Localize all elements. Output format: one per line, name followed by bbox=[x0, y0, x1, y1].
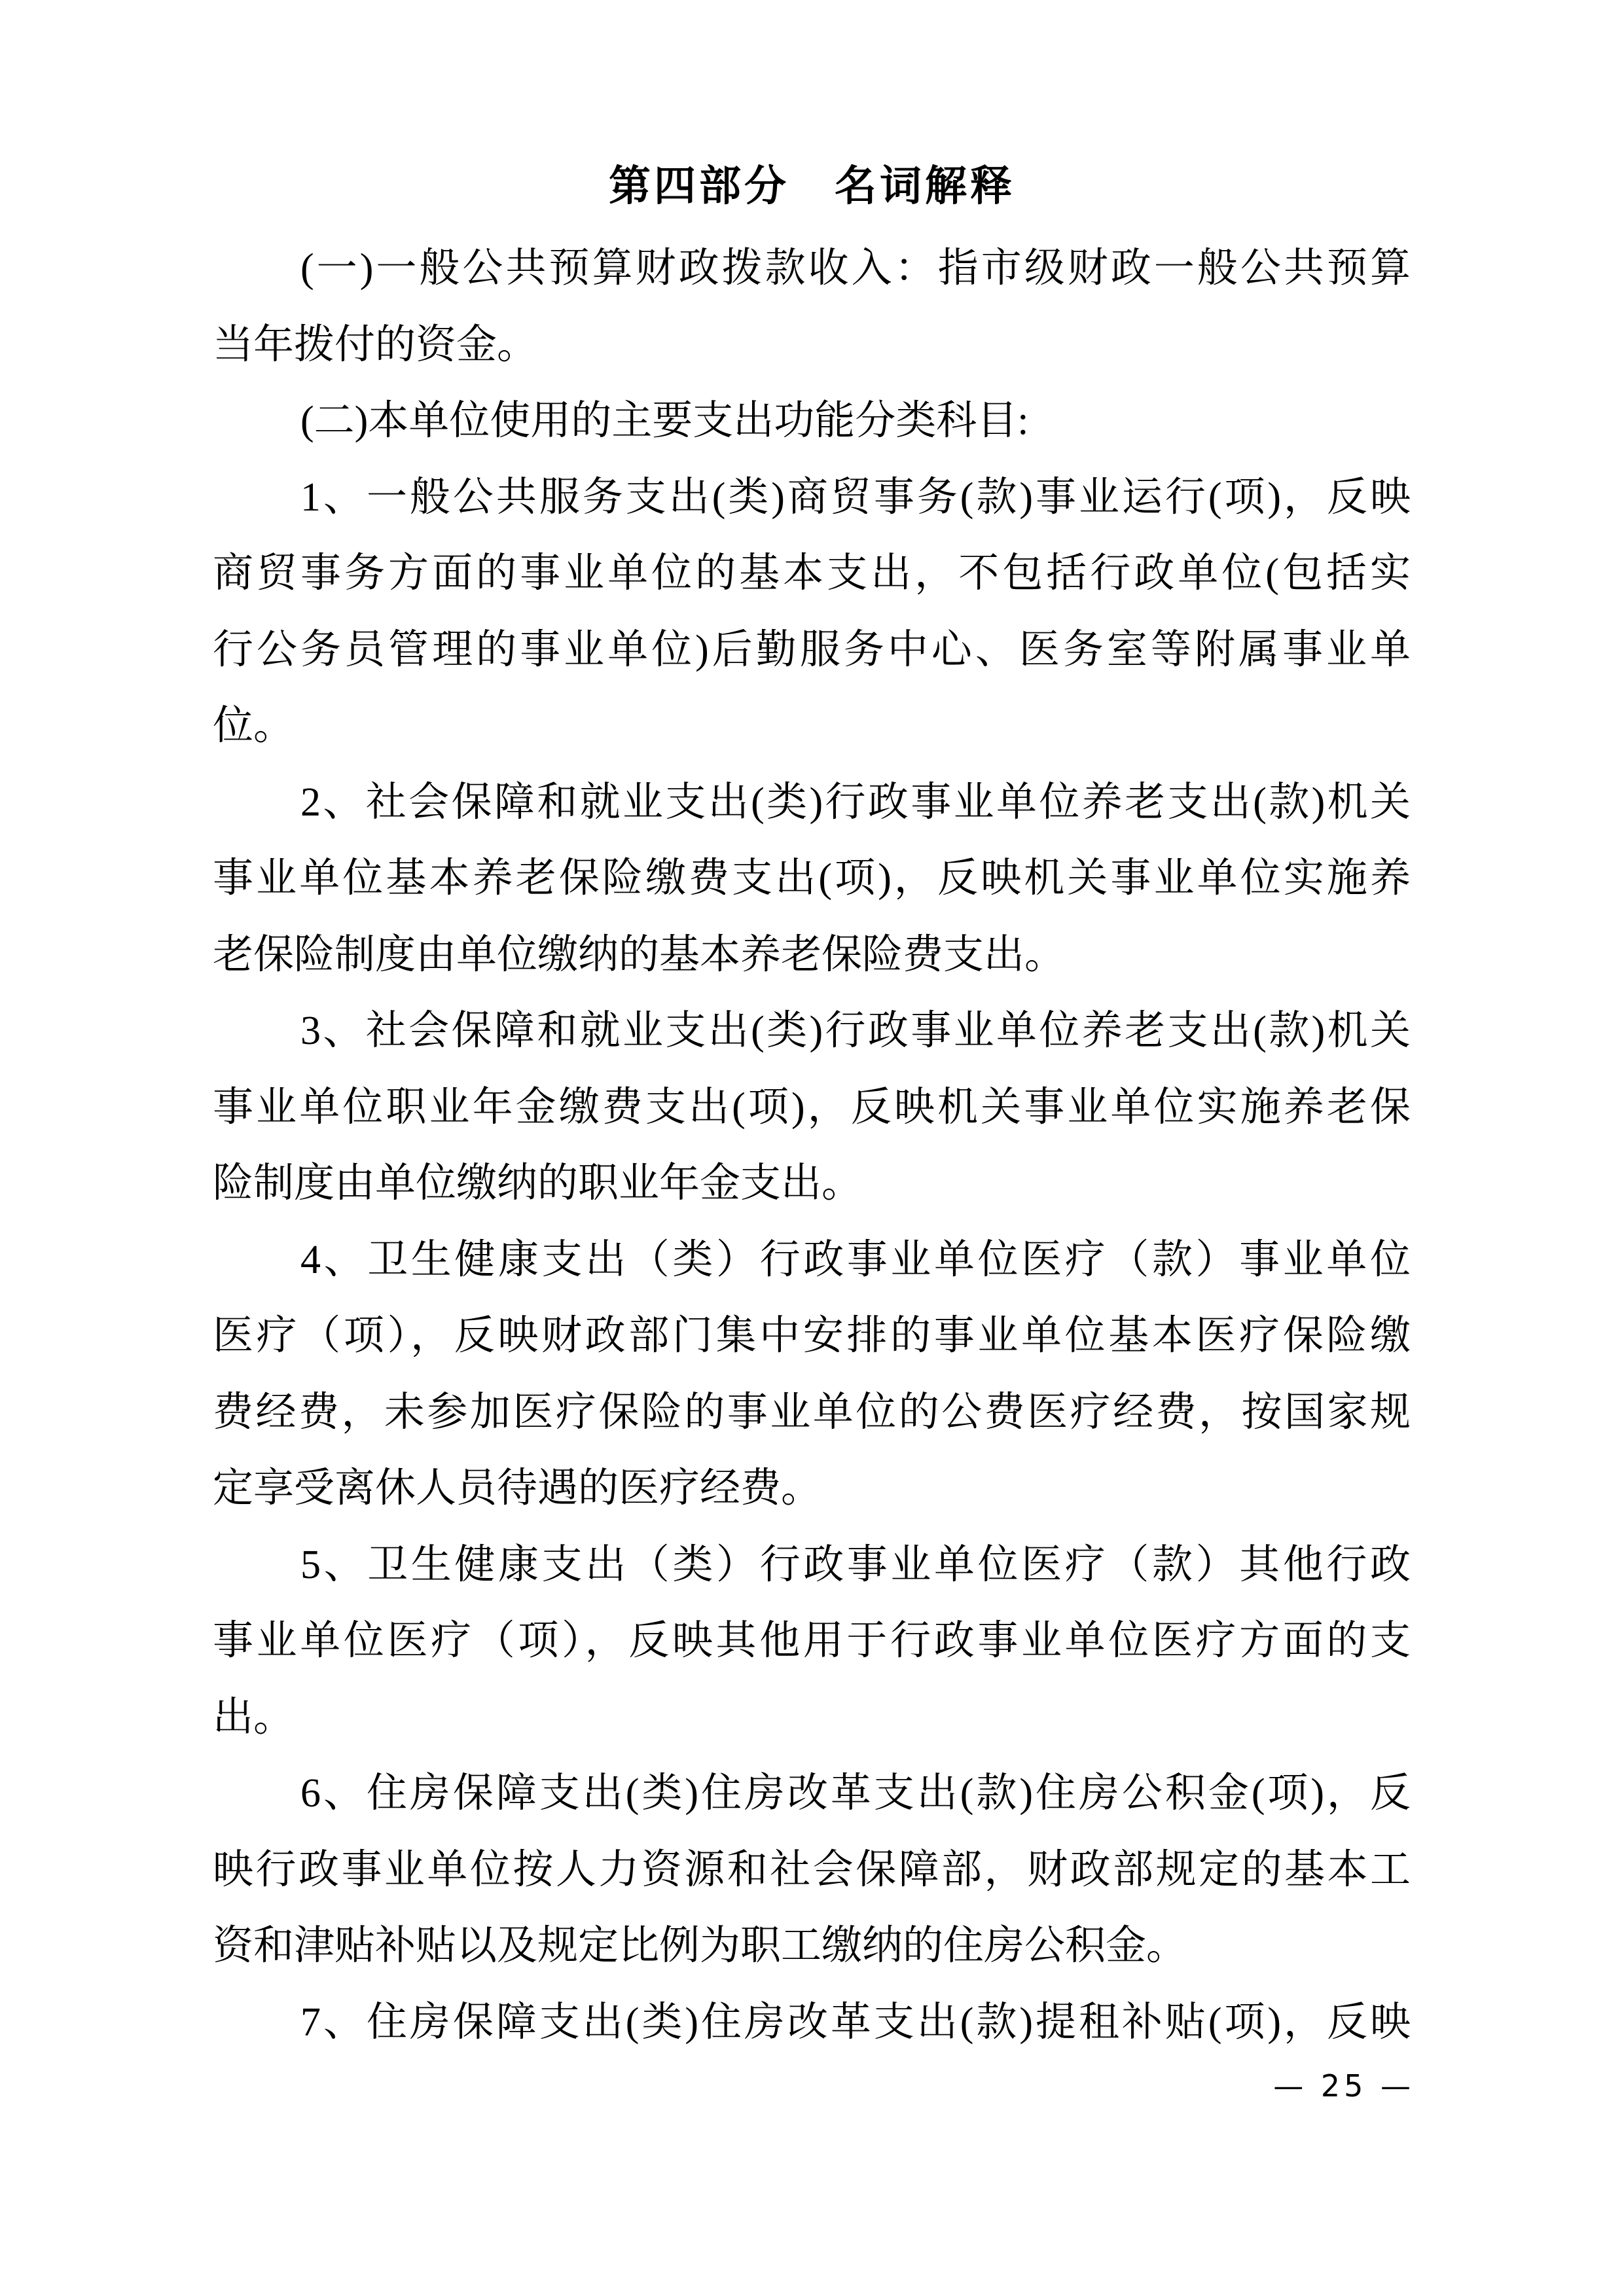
text-line: 资和津贴补贴以及规定比例为职工缴纳的住房公积金。 bbox=[213, 1908, 1411, 1984]
text-line: 险制度由单位缴纳的职业年金支出。 bbox=[213, 1145, 1411, 1222]
text-line: 出。 bbox=[213, 1679, 1411, 1756]
text-line: 当年拨付的资金。 bbox=[213, 307, 1411, 384]
text-line: (二)本单位使用的主要支出功能分类科目: bbox=[213, 383, 1411, 459]
page-number: — 25 — bbox=[1273, 2068, 1415, 2104]
page-title: 第四部分 名词解释 bbox=[0, 162, 1624, 211]
text-line: 2、社会保障和就业支出(类)行政事业单位养老支出(款)机关 bbox=[213, 764, 1411, 841]
text-line: 3、社会保障和就业支出(类)行政事业单位养老支出(款)机关 bbox=[213, 993, 1411, 1069]
text-line: 4、卫生健康支出（类）行政事业单位医疗（款）事业单位 bbox=[213, 1222, 1411, 1299]
text-line: 事业单位基本养老保险缴费支出(项)，反映机关事业单位实施养 bbox=[213, 840, 1411, 917]
text-line: 医疗（项），反映财政部门集中安排的事业单位基本医疗保险缴 bbox=[213, 1298, 1411, 1374]
document-page: 第四部分 名词解释 (一)一般公共预算财政拨款收入：指市级财政一般公共预算 当年… bbox=[0, 0, 1624, 2296]
text-line: 事业单位医疗（项），反映其他用于行政事业单位医疗方面的支 bbox=[213, 1603, 1411, 1679]
text-line: 定享受离休人员待遇的医疗经费。 bbox=[213, 1450, 1411, 1527]
body-text: (一)一般公共预算财政拨款收入：指市级财政一般公共预算 当年拨付的资金。 (二)… bbox=[213, 230, 1411, 2060]
text-line: 商贸事务方面的事业单位的基本支出，不包括行政单位(包括实 bbox=[213, 535, 1411, 612]
text-line: 5、卫生健康支出（类）行政事业单位医疗（款）其他行政 bbox=[213, 1527, 1411, 1604]
text-line: 老保险制度由单位缴纳的基本养老保险费支出。 bbox=[213, 917, 1411, 994]
text-line: 行公务员管理的事业单位)后勤服务中心、医务室等附属事业单 bbox=[213, 612, 1411, 689]
text-line: 位。 bbox=[213, 688, 1411, 764]
text-line: 7、住房保障支出(类)住房改革支出(款)提租补贴(项)，反映 bbox=[213, 1984, 1411, 2061]
text-line: 6、住房保障支出(类)住房改革支出(款)住房公积金(项)，反 bbox=[213, 1755, 1411, 1832]
text-line: 映行政事业单位按人力资源和社会保障部，财政部规定的基本工 bbox=[213, 1832, 1411, 1909]
text-line: (一)一般公共预算财政拨款收入：指市级财政一般公共预算 bbox=[213, 230, 1411, 307]
text-line: 事业单位职业年金缴费支出(项)，反映机关事业单位实施养老保 bbox=[213, 1069, 1411, 1146]
text-line: 费经费，未参加医疗保险的事业单位的公费医疗经费，按国家规 bbox=[213, 1374, 1411, 1451]
text-line: 1、一般公共服务支出(类)商贸事务(款)事业运行(项)，反映 bbox=[213, 459, 1411, 536]
